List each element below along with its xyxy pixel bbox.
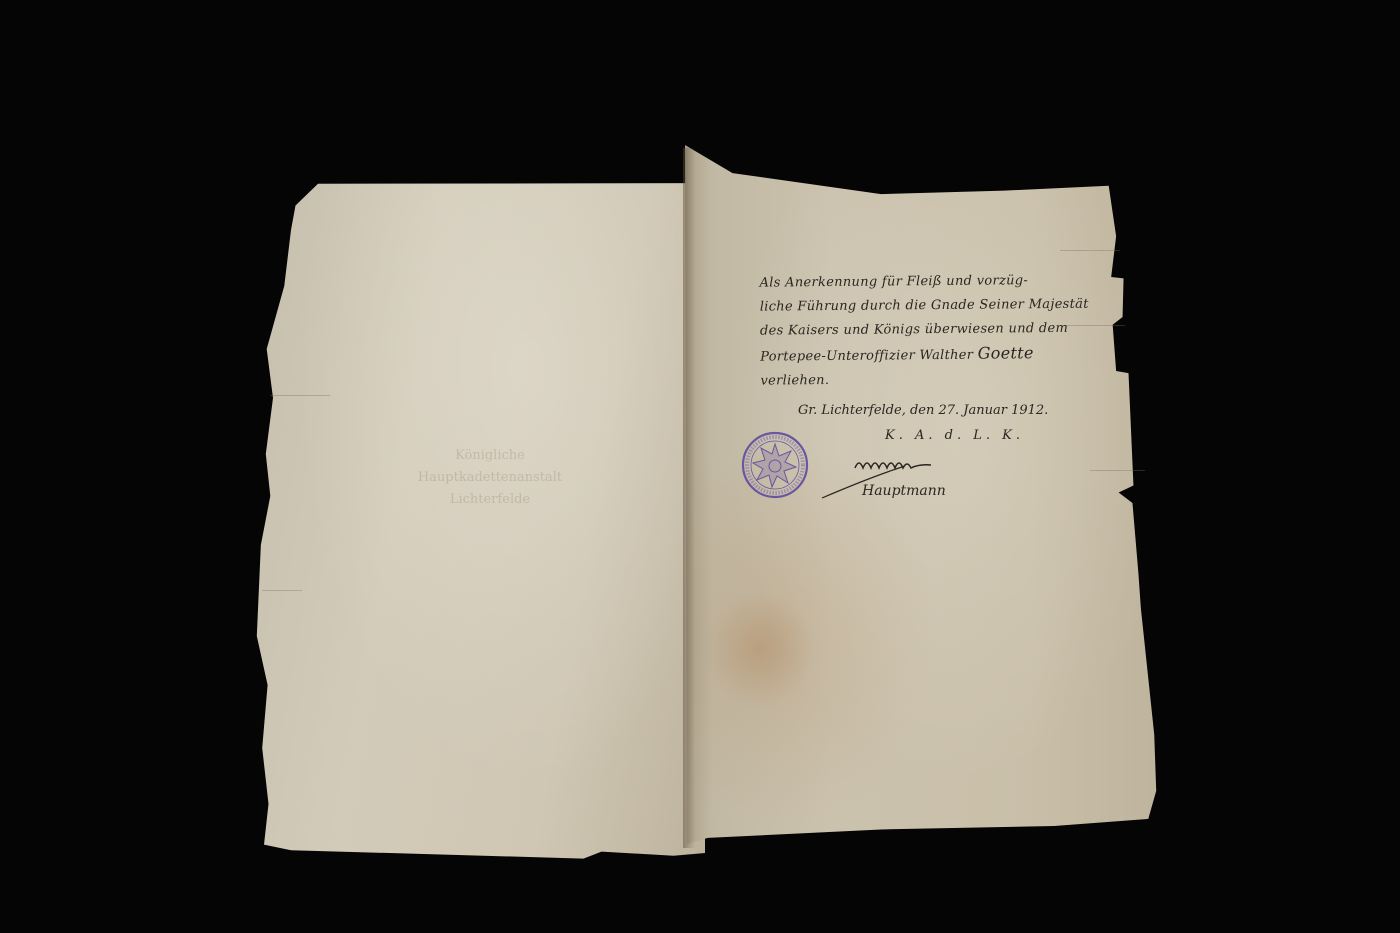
imprint-line-2: Lichterfelde xyxy=(400,489,580,511)
center-fold xyxy=(683,148,695,848)
water-stain xyxy=(705,590,815,710)
signatory-rank: Hauptmann xyxy=(862,483,946,499)
body-line-4-text: Portepee-Unteroffizier Walther xyxy=(760,348,973,365)
imprint-line-1: Königliche Hauptkadettenanstalt xyxy=(400,445,580,489)
crease-right-3 xyxy=(1090,470,1145,471)
body-line-4: Portepee-Unteroffizier Walther Goette xyxy=(760,340,1120,369)
body-line-3: des Kaisers und Königs überwiesen und de… xyxy=(760,316,1120,343)
crease-left-2 xyxy=(262,590,302,591)
star-seal-icon xyxy=(740,430,810,500)
place-date: Gr. Lichterfelde, den 27. Januar 1912. xyxy=(798,403,1048,418)
body-line-5: verliehen. xyxy=(760,366,1120,393)
document-photo: Königliche Hauptkadettenanstalt Lichterf… xyxy=(0,0,1400,933)
faint-imprint: Königliche Hauptkadettenanstalt Lichterf… xyxy=(400,445,580,511)
recipient-name: Goette xyxy=(978,343,1034,362)
certificate-body: Als Anerkennung für Fleiß und vorzüg- li… xyxy=(759,268,1120,393)
body-line-2: liche Führung durch die Gnade Seiner Maj… xyxy=(760,292,1120,319)
institution-abbreviation: K. A. d. L. K. xyxy=(885,428,1024,443)
crease-left-1 xyxy=(270,395,330,396)
body-line-1: Als Anerkennung für Fleiß und vorzüg- xyxy=(759,268,1119,295)
crease-right-1 xyxy=(1060,250,1120,251)
